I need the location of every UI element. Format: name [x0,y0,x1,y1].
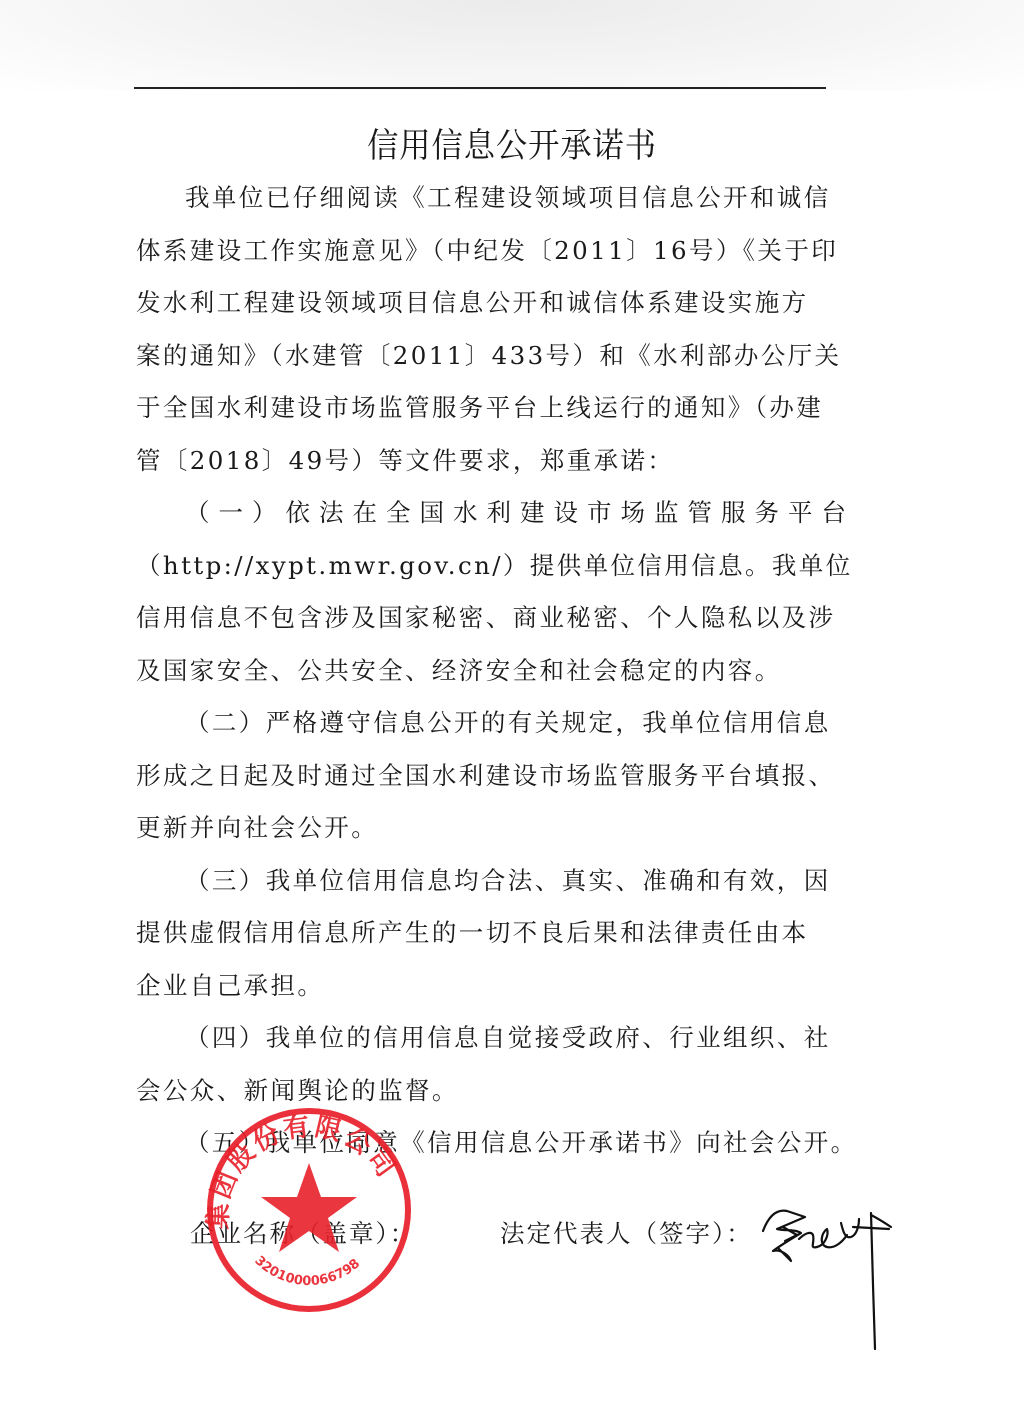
document-title: 信用信息公开承诺书 [41,118,983,167]
text-line: 案的通知》（水建管〔2011〕433号）和《水利部办公厅关 [136,330,830,383]
company-seal-icon: 集团股份有限公司 3201000066798 [204,1105,414,1315]
header-rule [134,87,826,89]
handwritten-signature-icon [755,1205,905,1350]
scan-shadow [0,0,1024,90]
text-line: 信用信息不包含涉及国家秘密、商业秘密、个人隐私以及涉 [136,592,830,645]
text-line: 更新并向社会公开。 [136,802,830,855]
text-line: 形成之日起及时通过全国水利建设市场监管服务平台填报、 [136,750,830,803]
text-line: （三）我单位信用信息均合法、真实、准确和有效，因 [136,855,830,908]
text-line: 体系建设工作实施意见》（中纪发〔2011〕16号）《关于印 [136,225,830,278]
text-line: 于全国水利建设市场监管服务平台上线运行的通知》（办建 [136,382,830,435]
text-line: 我单位已仔细阅读《工程建设领域项目信息公开和诚信 [136,172,830,225]
text-line: 及国家安全、公共安全、经济安全和社会稳定的内容。 [136,645,830,698]
paragraph-item-4: （四）我单位的信用信息自觉接受政府、行业组织、社 会公众、新闻舆论的监督。 [136,1012,830,1117]
paragraph-item-1: （一）依法在全国水利建设市场监管服务平台 （http://xypt.mwr.go… [136,487,830,697]
text-line: 管〔2018〕49号）等文件要求，郑重承诺： [136,435,830,488]
text-line: 发水利工程建设领域项目信息公开和诚信体系建设实施方 [136,277,830,330]
text-line: （四）我单位的信用信息自觉接受政府、行业组织、社 [136,1012,830,1065]
document-body: 我单位已仔细阅读《工程建设领域项目信息公开和诚信 体系建设工作实施意见》（中纪发… [136,172,830,1170]
text-line: 企业自己承担。 [136,960,830,1013]
seal-number: 3201000066798 [251,1253,363,1289]
platform-url-line: （http://xypt.mwr.gov.cn/）提供单位信用信息。我单位 [136,540,830,593]
paragraph-intro: 我单位已仔细阅读《工程建设领域项目信息公开和诚信 体系建设工作实施意见》（中纪发… [136,172,830,487]
svg-text:3201000066798: 3201000066798 [251,1253,363,1289]
text-line: （二）严格遵守信息公开的有关规定，我单位信用信息 [136,697,830,750]
text-line: （一）依法在全国水利建设市场监管服务平台 [136,487,830,540]
paragraph-item-3: （三）我单位信用信息均合法、真实、准确和有效，因 提供虚假信用信息所产生的一切不… [136,855,830,1013]
paragraph-item-2: （二）严格遵守信息公开的有关规定，我单位信用信息 形成之日起及时通过全国水利建设… [136,697,830,855]
text-line: 提供虚假信用信息所产生的一切不良后果和法律责任由本 [136,907,830,960]
legal-representative-label: 法定代表人（签字）： [500,1215,753,1250]
